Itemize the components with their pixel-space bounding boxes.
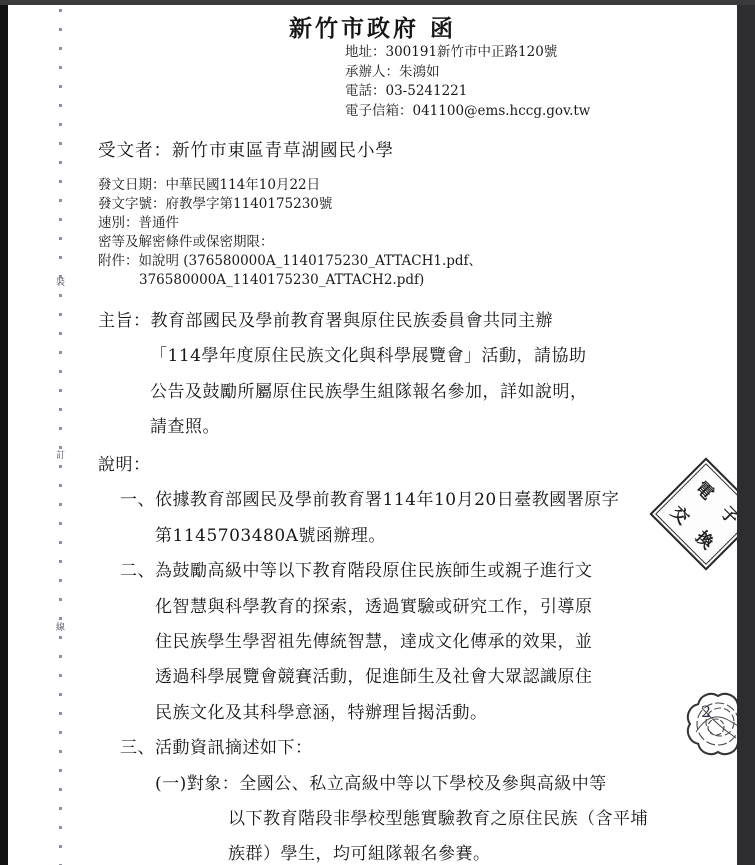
subject-block: 主旨：教育部國民及學前教育署與原住民族委員會共同主辦 「114學年度原住民族文化… bbox=[98, 304, 658, 446]
agency-email: 電子信箱：041100@ems.hccg.gov.tw bbox=[345, 102, 590, 122]
subject-line: 「114學年度原住民族文化與科學展覽會」活動，請協助 bbox=[98, 339, 658, 374]
attachment-line-2: 376580000A_1140175230_ATTACH2.pdf) bbox=[98, 271, 482, 290]
explanation-item-2-cont: 化智慧與科學教育的探索，透過實驗或研究工作，引導原 bbox=[98, 590, 678, 625]
explanation-heading: 說明： bbox=[98, 448, 678, 483]
agency-address: 地址：300191新竹市中正路120號 bbox=[345, 43, 590, 63]
explanation-item-2-cont: 透過科學展覽會競賽活動，促進師生及社會大眾認識原住 bbox=[98, 660, 678, 695]
subject-line: 請查照。 bbox=[98, 410, 658, 445]
agency-info-block: 地址：300191新竹市中正路120號 承辦人：朱鴻如 電話：03-524122… bbox=[345, 43, 590, 121]
explanation-item-3-1: (一)對象：全國公、私立高級中等以下學校及參與高級中等 bbox=[98, 767, 678, 802]
speed-class: 速別：普通件 bbox=[98, 214, 482, 233]
explanation-item-3-1-cont: 族群）學生，均可組隊報名參賽。 bbox=[98, 837, 678, 865]
explanation-item-2-cont: 住民族學生學習祖先傳統智慧，達成文化傳承的效果，並 bbox=[98, 625, 678, 660]
doc-number: 發文字號：府教學字第1140175230號 bbox=[98, 195, 482, 214]
binding-mark-zhuang: 裝 bbox=[52, 278, 69, 289]
top-edge-bar bbox=[0, 0, 755, 5]
page-edge-seal-icon bbox=[678, 684, 737, 764]
explanation-item-3-1-cont: 以下教育階段非學校型態實驗教育之原住民族（含平埔 bbox=[98, 802, 678, 837]
explanation-block: 說明： 一、依據教育部國民及學前教育署114年10月20日臺教國署原字 第114… bbox=[98, 448, 678, 865]
explanation-item-3: 三、活動資訊摘述如下： bbox=[98, 731, 678, 766]
document-viewer: 裝 訂 線 新竹市政府 函 地址：300191新竹市中正路120號 承辦人：朱鴻… bbox=[0, 0, 755, 865]
document-title: 新竹市政府 函 bbox=[8, 10, 737, 43]
binding-dotted-line bbox=[59, 9, 62, 865]
recipient-line: 受文者：新竹市東區青草湖國民小學 bbox=[98, 137, 394, 162]
attachment-line-1: 附件：如說明 (376580000A_1140175230_ATTACH1.pd… bbox=[98, 252, 482, 271]
explanation-item-1: 一、依據教育部國民及學前教育署114年10月20日臺教國署原字 bbox=[98, 483, 678, 518]
agency-contact-person: 承辦人：朱鴻如 bbox=[345, 63, 590, 83]
document-page: 裝 訂 線 新竹市政府 函 地址：300191新竹市中正路120號 承辦人：朱鴻… bbox=[8, 5, 737, 865]
explanation-item-1-cont: 第1145703480A號函辦理。 bbox=[98, 519, 678, 554]
agency-phone: 電話：03-5241221 bbox=[345, 82, 590, 102]
security-class: 密等及解密條件或保密期限： bbox=[98, 233, 482, 252]
issue-date: 發文日期：中華民國114年10月22日 bbox=[98, 176, 482, 195]
explanation-item-2-cont: 民族文化及其科學意涵，特辦理旨揭活動。 bbox=[98, 696, 678, 731]
page-number: 2 bbox=[701, 702, 711, 721]
subject-line: 公告及鼓勵所屬原住民族學生組隊報名參加，詳如說明， bbox=[98, 375, 658, 410]
binding-mark-ding: 訂 bbox=[52, 451, 69, 462]
document-meta-block: 發文日期：中華民國114年10月22日 發文字號：府教學字第1140175230… bbox=[98, 176, 482, 290]
left-edge-bar bbox=[0, 0, 8, 865]
binding-mark-xian: 線 bbox=[52, 623, 69, 634]
explanation-item-2: 二、為鼓勵高級中等以下教育階段原住民族師生或親子進行文 bbox=[98, 554, 678, 589]
subject-line: 主旨：教育部國民及學前教育署與原住民族委員會共同主辦 bbox=[98, 304, 658, 339]
right-edge-bar bbox=[737, 0, 755, 865]
